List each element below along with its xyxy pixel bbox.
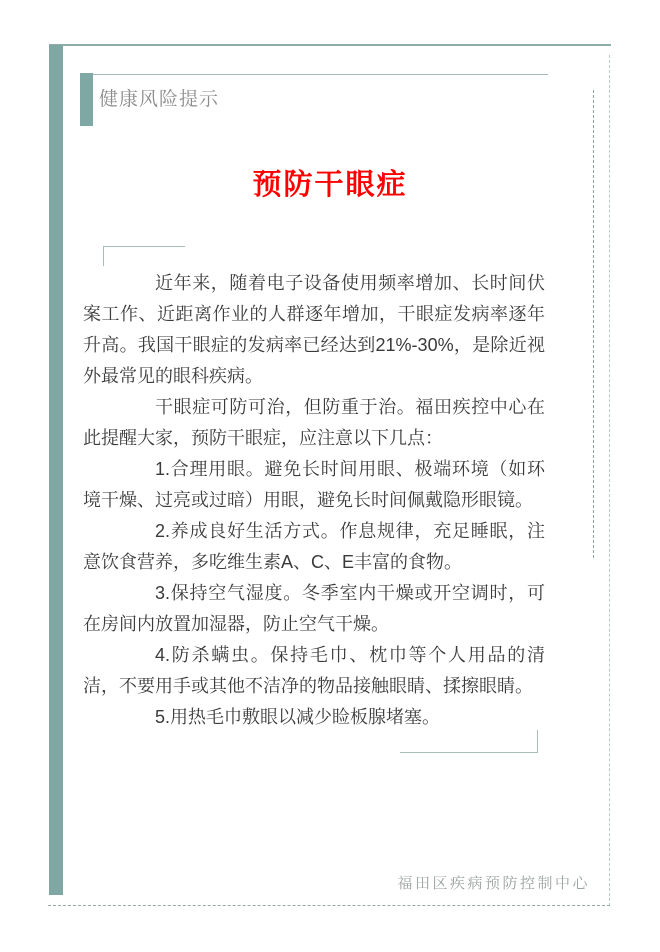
body-text: 近年来，随着电子设备使用频率增加、长时间伏案工作、近距离作业的人群逐年增加，干眼… [83, 268, 545, 733]
page-border-bottom-dashed [48, 905, 610, 906]
paragraph: 1.合理用眼。避免长时间用眼、极端环境（如环境干燥、过亮或过暗）用眼，避免长时间… [83, 454, 545, 516]
paragraph: 4.防杀螨虫。保持毛巾、枕巾等个人用品的清洁，不要用手或其他不洁净的物品接触眼睛… [83, 640, 545, 702]
paragraph: 3.保持空气湿度。冬季室内干燥或开空调时，可在房间内放置加湿器，防止空气干燥。 [83, 578, 545, 640]
notice-page: 健康风险提示 预防干眼症 近年来，随着电子设备使用频率增加、长时间伏案工作、近距… [0, 0, 660, 952]
header-rule [93, 74, 548, 75]
paragraph: 2.养成良好生活方式。作息规律，充足睡眠，注意饮食营养，多吃维生素A、C、E丰富… [83, 516, 545, 578]
paragraph: 5.用热毛巾敷眼以减少睑板腺堵塞。 [83, 702, 545, 733]
paragraph: 近年来，随着电子设备使用频率增加、长时间伏案工作、近距离作业的人群逐年增加，干眼… [83, 268, 545, 392]
header-label: 健康风险提示 [99, 88, 219, 112]
paragraph: 干眼症可防可治，但防重于治。福田疾控中心在此提醒大家，预防干眼症，应注意以下几点… [83, 392, 545, 454]
inner-dashed-rule [593, 90, 594, 558]
top-rule [49, 44, 611, 46]
corner-bracket-bottom-right [400, 730, 538, 753]
footer-organization: 福田区疾病预防控制中心 [397, 872, 590, 893]
page-title: 预防干眼症 [0, 162, 660, 203]
header-accent-bar [80, 73, 93, 126]
corner-bracket-top-left [103, 246, 185, 266]
